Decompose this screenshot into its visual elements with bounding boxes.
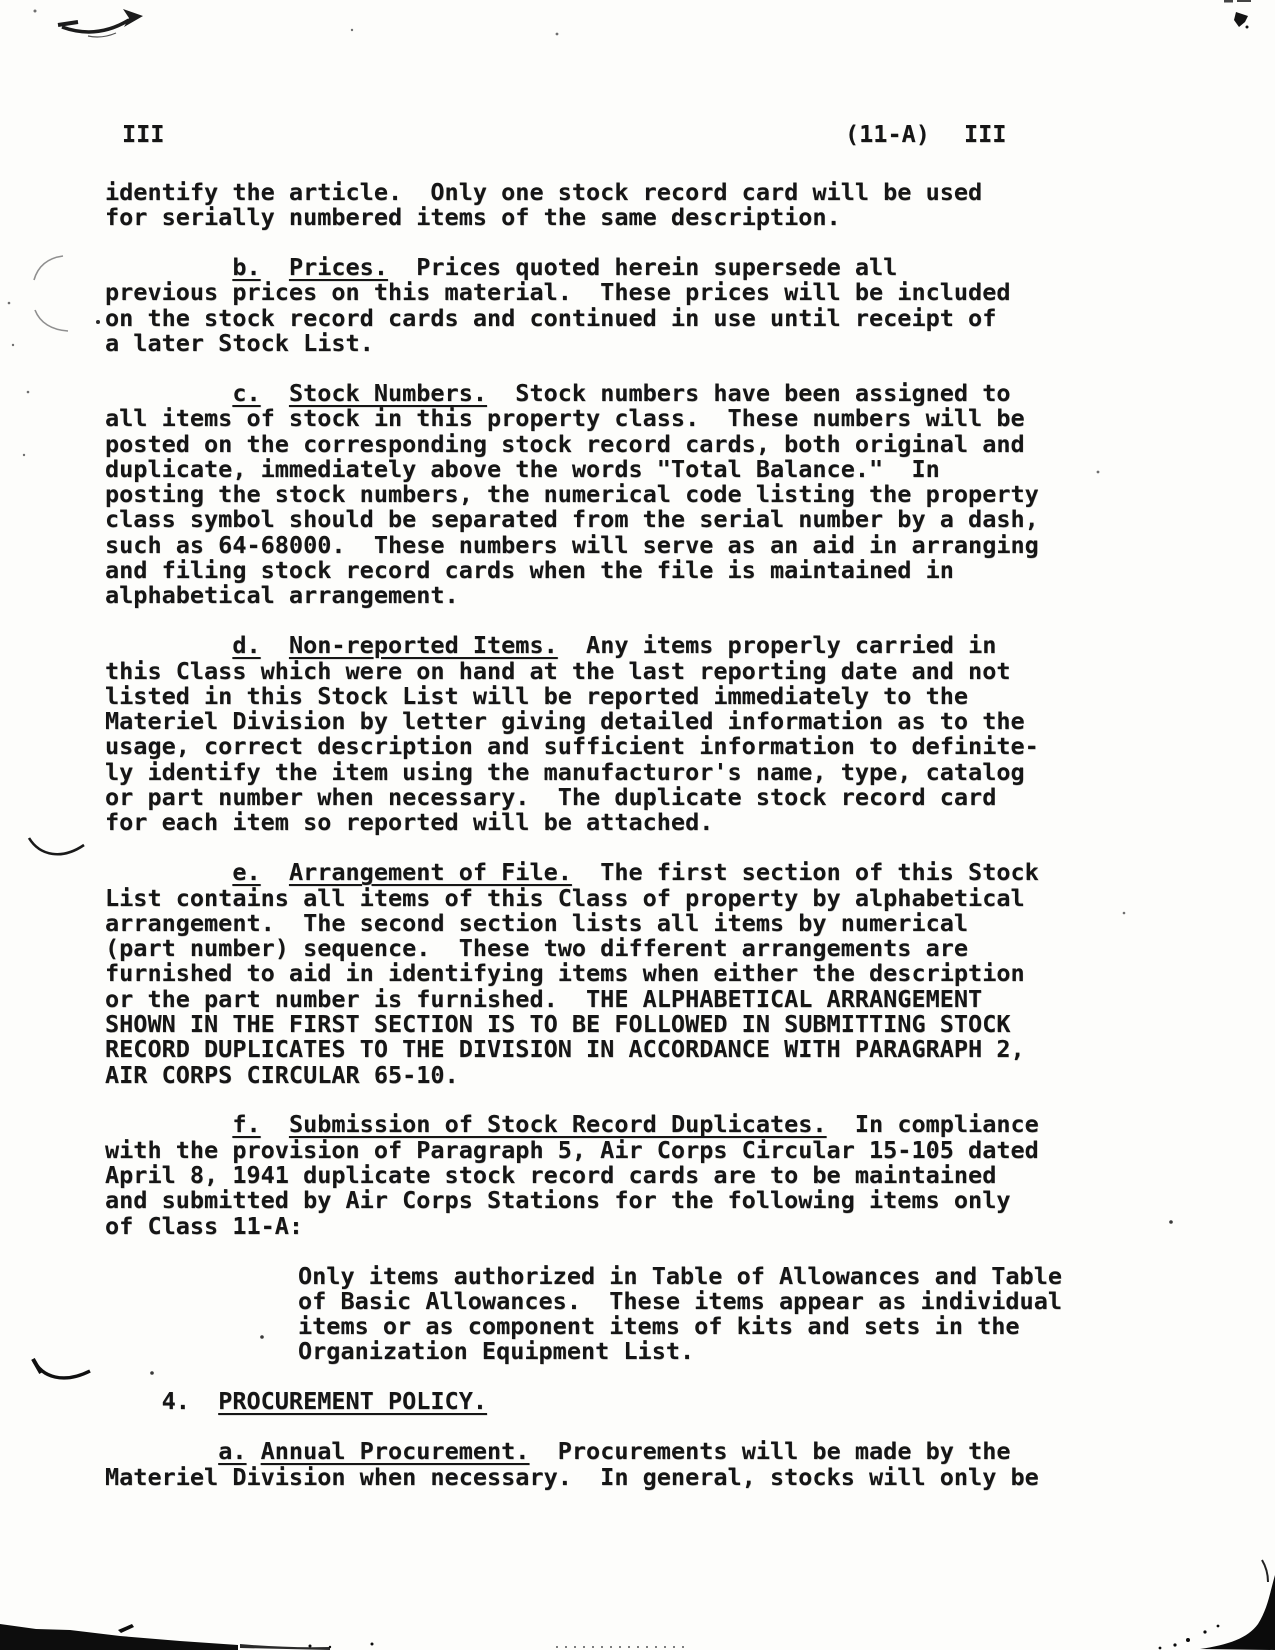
underlined-text-segment: d. — [232, 631, 260, 659]
text-segment — [105, 1110, 232, 1138]
header-page-number-left: III — [122, 122, 164, 147]
text-segment — [261, 631, 289, 659]
text-segment — [261, 379, 289, 407]
margin-curve-c-icon — [34, 256, 68, 331]
text-segment: The first section of this Stock List con… — [105, 858, 1039, 1088]
paragraph-prices: b. Prices. Prices quoted herein supersed… — [105, 255, 1135, 356]
underlined-text-segment: f. — [232, 1110, 260, 1138]
text-segment — [105, 253, 232, 281]
text-segment: 4. — [105, 1387, 218, 1415]
paragraph-stock-numbers: c. Stock Numbers. Stock numbers have bee… — [105, 381, 1135, 609]
underlined-text-segment: Annual Procurement. — [261, 1437, 530, 1465]
paragraph-allowances-note: Only items authorized in Table of Allowa… — [298, 1264, 1135, 1365]
text-segment — [261, 858, 289, 886]
margin-smile-curve-lower-icon — [33, 1359, 90, 1378]
underlined-text-segment: Arrangement of File. — [289, 858, 572, 886]
text-segment: Stock numbers have been assigned to all … — [105, 379, 1039, 609]
text-segment — [105, 858, 232, 886]
underlined-text-segment: a. — [218, 1437, 246, 1465]
text-segment: identify the article. Only one stock rec… — [105, 178, 982, 231]
text-segment — [105, 379, 232, 407]
text-segment — [105, 1437, 218, 1465]
paragraph-submission-of-duplicates: f. Submission of Stock Record Duplicates… — [105, 1112, 1135, 1238]
header-class-designation: (11-A) — [845, 122, 930, 147]
paragraph-non-reported-items: d. Non-reported Items. Any items properl… — [105, 633, 1135, 835]
text-segment — [261, 253, 289, 281]
scan-smear-bottom-left — [0, 1624, 374, 1650]
text-segment — [105, 631, 232, 659]
underlined-text-segment: Prices. — [289, 253, 388, 281]
paragraph-arrangement-of-file: e. Arrangement of File. The first sectio… — [105, 860, 1135, 1088]
underlined-text-segment: b. — [232, 253, 260, 281]
paragraph-annual-procurement: a. Annual Procurement. Procurements will… — [105, 1439, 1135, 1490]
margin-smile-curve-upper-icon — [29, 838, 84, 854]
text-segment — [246, 1437, 260, 1465]
text-segment: Only items authorized in Table of Allowa… — [298, 1262, 1062, 1366]
underlined-text-segment: Non-reported Items. — [289, 631, 558, 659]
underlined-text-segment: Stock Numbers. — [289, 379, 487, 407]
ink-blot-top-right-icon — [1224, 0, 1251, 29]
text-segment — [261, 1110, 289, 1138]
document-body: identify the article. Only one stock rec… — [105, 180, 1135, 1514]
underlined-text-segment: Submission of Stock Record Duplicates. — [289, 1110, 827, 1138]
header-page-number-right: III — [964, 122, 1006, 147]
text-segment: Any items properly carried in this Class… — [105, 631, 1039, 836]
underlined-text-segment: e. — [232, 858, 260, 886]
pen-scribble-arrow-icon — [58, 9, 143, 37]
underlined-text-segment: c. — [232, 379, 260, 407]
paragraph-procurement-policy-heading: 4. PROCUREMENT POLICY. — [105, 1389, 1135, 1414]
paragraph-intro: identify the article. Only one stock rec… — [105, 180, 1135, 231]
scan-smear-bottom-right — [1159, 1560, 1275, 1650]
page-header: III (11-A) III — [0, 122, 1275, 152]
underlined-text-segment: PROCUREMENT POLICY. — [218, 1387, 487, 1415]
scanned-document-page: III (11-A) III identify the article. Onl… — [0, 0, 1275, 1650]
